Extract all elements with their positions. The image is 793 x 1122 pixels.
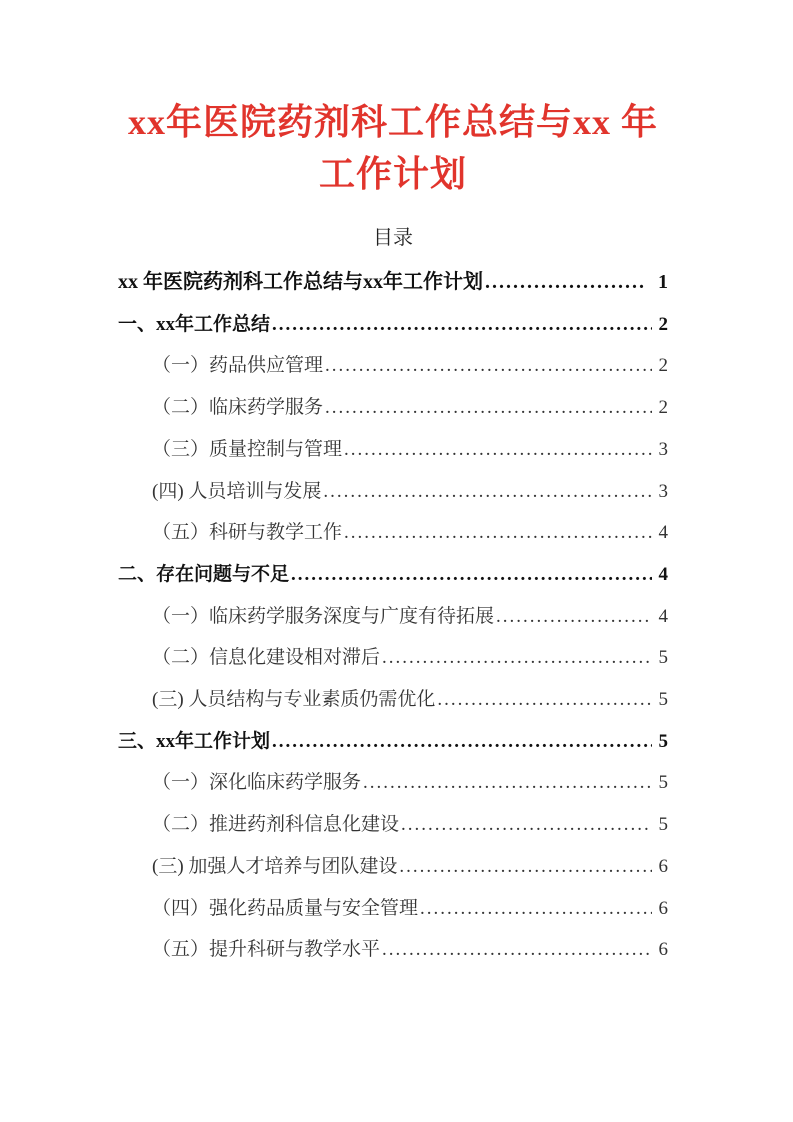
toc-page-number: 1 [658, 262, 668, 304]
toc-page-number: 2 [659, 345, 669, 387]
toc-entry-label: （一）药品供应管理 [152, 345, 323, 387]
toc-page-number: 6 [659, 846, 669, 888]
toc-entry-label: (三) 人员结构与专业素质仍需优化 [152, 679, 435, 721]
document-title-line1: xx年医院药剂科工作总结与xx 年 [118, 96, 668, 148]
toc-entry-label: （二）临床药学服务 [152, 387, 323, 429]
toc-page-number: 5 [659, 637, 669, 679]
toc-entry-label: （五）提升科研与教学水平 [152, 929, 380, 971]
toc-entry-label: （四）强化药品质量与安全管理 [152, 888, 418, 930]
toc-entry: (三) 人员结构与专业素质仍需优化 5 [118, 679, 668, 721]
toc-dot-leader [344, 512, 651, 554]
toc-dot-leader [272, 721, 651, 763]
toc-dot-leader [344, 429, 651, 471]
toc-heading: 目录 [118, 224, 668, 252]
document-page: xx年医院药剂科工作总结与xx 年 工作计划 目录 xx 年医院药剂科工作总结与… [0, 0, 793, 1122]
toc-dot-leader [382, 929, 651, 971]
document-title-line2: 工作计划 [118, 148, 668, 200]
toc-entry-label: （三）质量控制与管理 [152, 429, 342, 471]
toc-page-number: 5 [659, 762, 669, 804]
toc-page-number: 6 [659, 888, 669, 930]
toc-entry: xx 年医院药剂科工作总结与xx年工作计划 1 [118, 262, 668, 304]
toc-dot-leader [323, 471, 651, 513]
toc-entry: （五）科研与教学工作 4 [118, 512, 668, 554]
toc-entry: 一、xx年工作总结 2 [118, 304, 668, 346]
toc-entry-label: （五）科研与教学工作 [152, 512, 342, 554]
toc-entry-label: 三、xx年工作计划 [118, 721, 270, 763]
toc-entry-label: （二）信息化建设相对滞后 [152, 637, 380, 679]
toc-page-number: 2 [659, 387, 669, 429]
toc-dot-leader [420, 888, 651, 930]
toc-entry-label: （一）临床药学服务深度与广度有待拓展 [152, 596, 494, 638]
toc-entry: （二）信息化建设相对滞后 5 [118, 637, 668, 679]
toc-entry: （二）临床药学服务 2 [118, 387, 668, 429]
document-title: xx年医院药剂科工作总结与xx 年 工作计划 [118, 96, 668, 200]
toc-entry-label: xx 年医院药剂科工作总结与xx年工作计划 [118, 262, 483, 304]
toc-dot-leader [496, 596, 651, 638]
toc-list: xx 年医院药剂科工作总结与xx年工作计划 1 一、xx年工作总结 2 （一）药… [118, 262, 668, 971]
toc-dot-leader [363, 762, 651, 804]
toc-entry-label: 一、xx年工作总结 [118, 304, 270, 346]
toc-page-number: 4 [659, 554, 669, 596]
toc-dot-leader [399, 846, 651, 888]
toc-entry-label: (四) 人员培训与发展 [152, 471, 321, 513]
toc-entry: 三、xx年工作计划 5 [118, 721, 668, 763]
toc-entry: （一）深化临床药学服务 5 [118, 762, 668, 804]
toc-entry: （五）提升科研与教学水平 6 [118, 929, 668, 971]
toc-dot-leader [291, 554, 651, 596]
toc-entry: （一）临床药学服务深度与广度有待拓展 4 [118, 596, 668, 638]
toc-page-number: 5 [659, 679, 669, 721]
toc-page-number: 2 [659, 304, 669, 346]
toc-entry: (四) 人员培训与发展 3 [118, 471, 668, 513]
toc-entry: (三) 加强人才培养与团队建设 6 [118, 846, 668, 888]
toc-page-number: 5 [659, 804, 669, 846]
toc-dot-leader [325, 387, 651, 429]
toc-dot-leader [325, 345, 651, 387]
toc-entry-label: (三) 加强人才培养与团队建设 [152, 846, 397, 888]
toc-dot-leader [272, 304, 651, 346]
toc-entry-label: 二、存在问题与不足 [118, 554, 289, 596]
toc-dot-leader [437, 679, 651, 721]
toc-entry-label: （二）推进药剂科信息化建设 [152, 804, 399, 846]
toc-entry-label: （一）深化临床药学服务 [152, 762, 361, 804]
toc-page-number: 3 [659, 429, 669, 471]
toc-entry: 二、存在问题与不足 4 [118, 554, 668, 596]
toc-entry: （一）药品供应管理 2 [118, 345, 668, 387]
toc-page-number: 4 [659, 512, 669, 554]
toc-entry: （二）推进药剂科信息化建设 5 [118, 804, 668, 846]
toc-dot-leader [485, 262, 644, 304]
toc-entry: （三）质量控制与管理 3 [118, 429, 668, 471]
toc-page-number: 6 [659, 929, 669, 971]
toc-page-number: 5 [659, 721, 669, 763]
toc-page-number: 3 [659, 471, 669, 513]
toc-entry: （四）强化药品质量与安全管理 6 [118, 888, 668, 930]
toc-dot-leader [401, 804, 651, 846]
toc-page-number: 4 [659, 596, 669, 638]
toc-dot-leader [382, 637, 651, 679]
